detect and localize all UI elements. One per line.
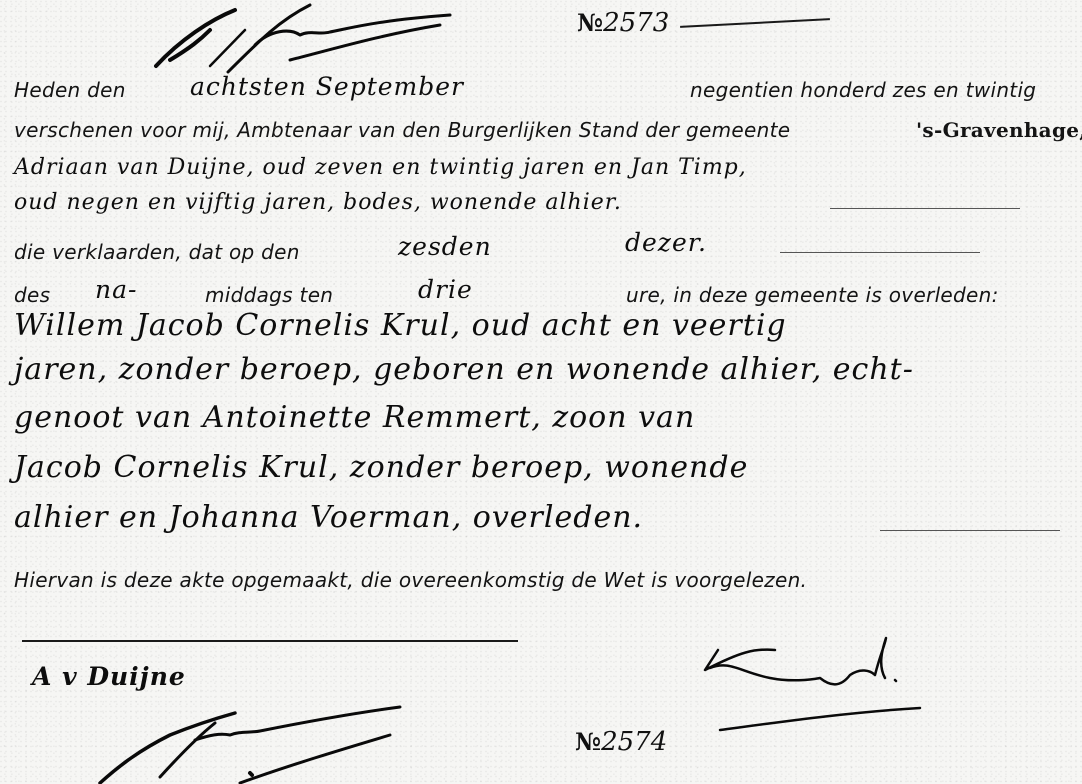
record-number-value: 2573 (603, 8, 669, 38)
number-sign-bottom: № (575, 727, 601, 756)
signature-declarant (700, 630, 930, 740)
printed-year: negentien honderd zes en twintig (690, 78, 1036, 102)
record-number-rule-top (680, 18, 830, 28)
hand-deceased-name: Willem Jacob Cornelis Krul, oud acht en … (14, 308, 787, 343)
official-signature-bottom (100, 695, 420, 784)
record-number-bottom: №2574 (575, 727, 667, 757)
civil-record-page: №2573 Heden den achtsten September negen… (0, 0, 1082, 784)
printed-heden-den: Heden den (14, 78, 126, 102)
hand-witnesses-line-2: oud negen en vijftig jaren, bodes, wonen… (14, 190, 622, 215)
hand-father: Jacob Cornelis Krul, zonder beroep, wone… (14, 450, 748, 485)
hand-dezer: dezer. (625, 228, 707, 257)
hand-witnesses-line-1: Adriaan van Duijne, oud zeven en twintig… (14, 155, 747, 180)
hand-day: zesden (398, 232, 492, 261)
printed-verklaarden: die verklaarden, dat op den (14, 240, 300, 264)
hand-na: na- (95, 275, 137, 304)
hand-deceased-details: jaren, zonder beroep, geboren en wonende… (14, 352, 914, 387)
official-signature-top (150, 0, 480, 75)
printed-des: des (14, 283, 50, 307)
hand-date: achtsten September (190, 72, 464, 101)
hand-hour: drie (418, 275, 473, 304)
signature-witness-1: A v Duijne (32, 662, 186, 691)
printed-closing: Hiervan is deze akte opgemaakt, die over… (14, 568, 807, 592)
record-number-top: №2573 (577, 8, 669, 38)
signature-separator-rule (22, 640, 518, 642)
printed-verschenen: verschenen voor mij, Ambtenaar van den B… (14, 118, 790, 142)
hand-spouse: genoot van Antoinette Remmert, zoon van (14, 400, 695, 435)
fill-rule-line-4 (830, 208, 1020, 209)
number-sign: № (577, 8, 603, 37)
printed-middags-ten: middags ten (205, 283, 333, 307)
fill-rule-line-11 (880, 530, 1060, 531)
hand-mother: alhier en Johanna Voerman, overleden. (14, 500, 643, 535)
record-number-bottom-value: 2574 (601, 727, 667, 757)
fill-rule-line-5 (780, 252, 980, 253)
printed-municipality: 's-Gravenhage, (916, 118, 1082, 142)
printed-overleden: ure, in deze gemeente is overleden: (626, 283, 999, 307)
